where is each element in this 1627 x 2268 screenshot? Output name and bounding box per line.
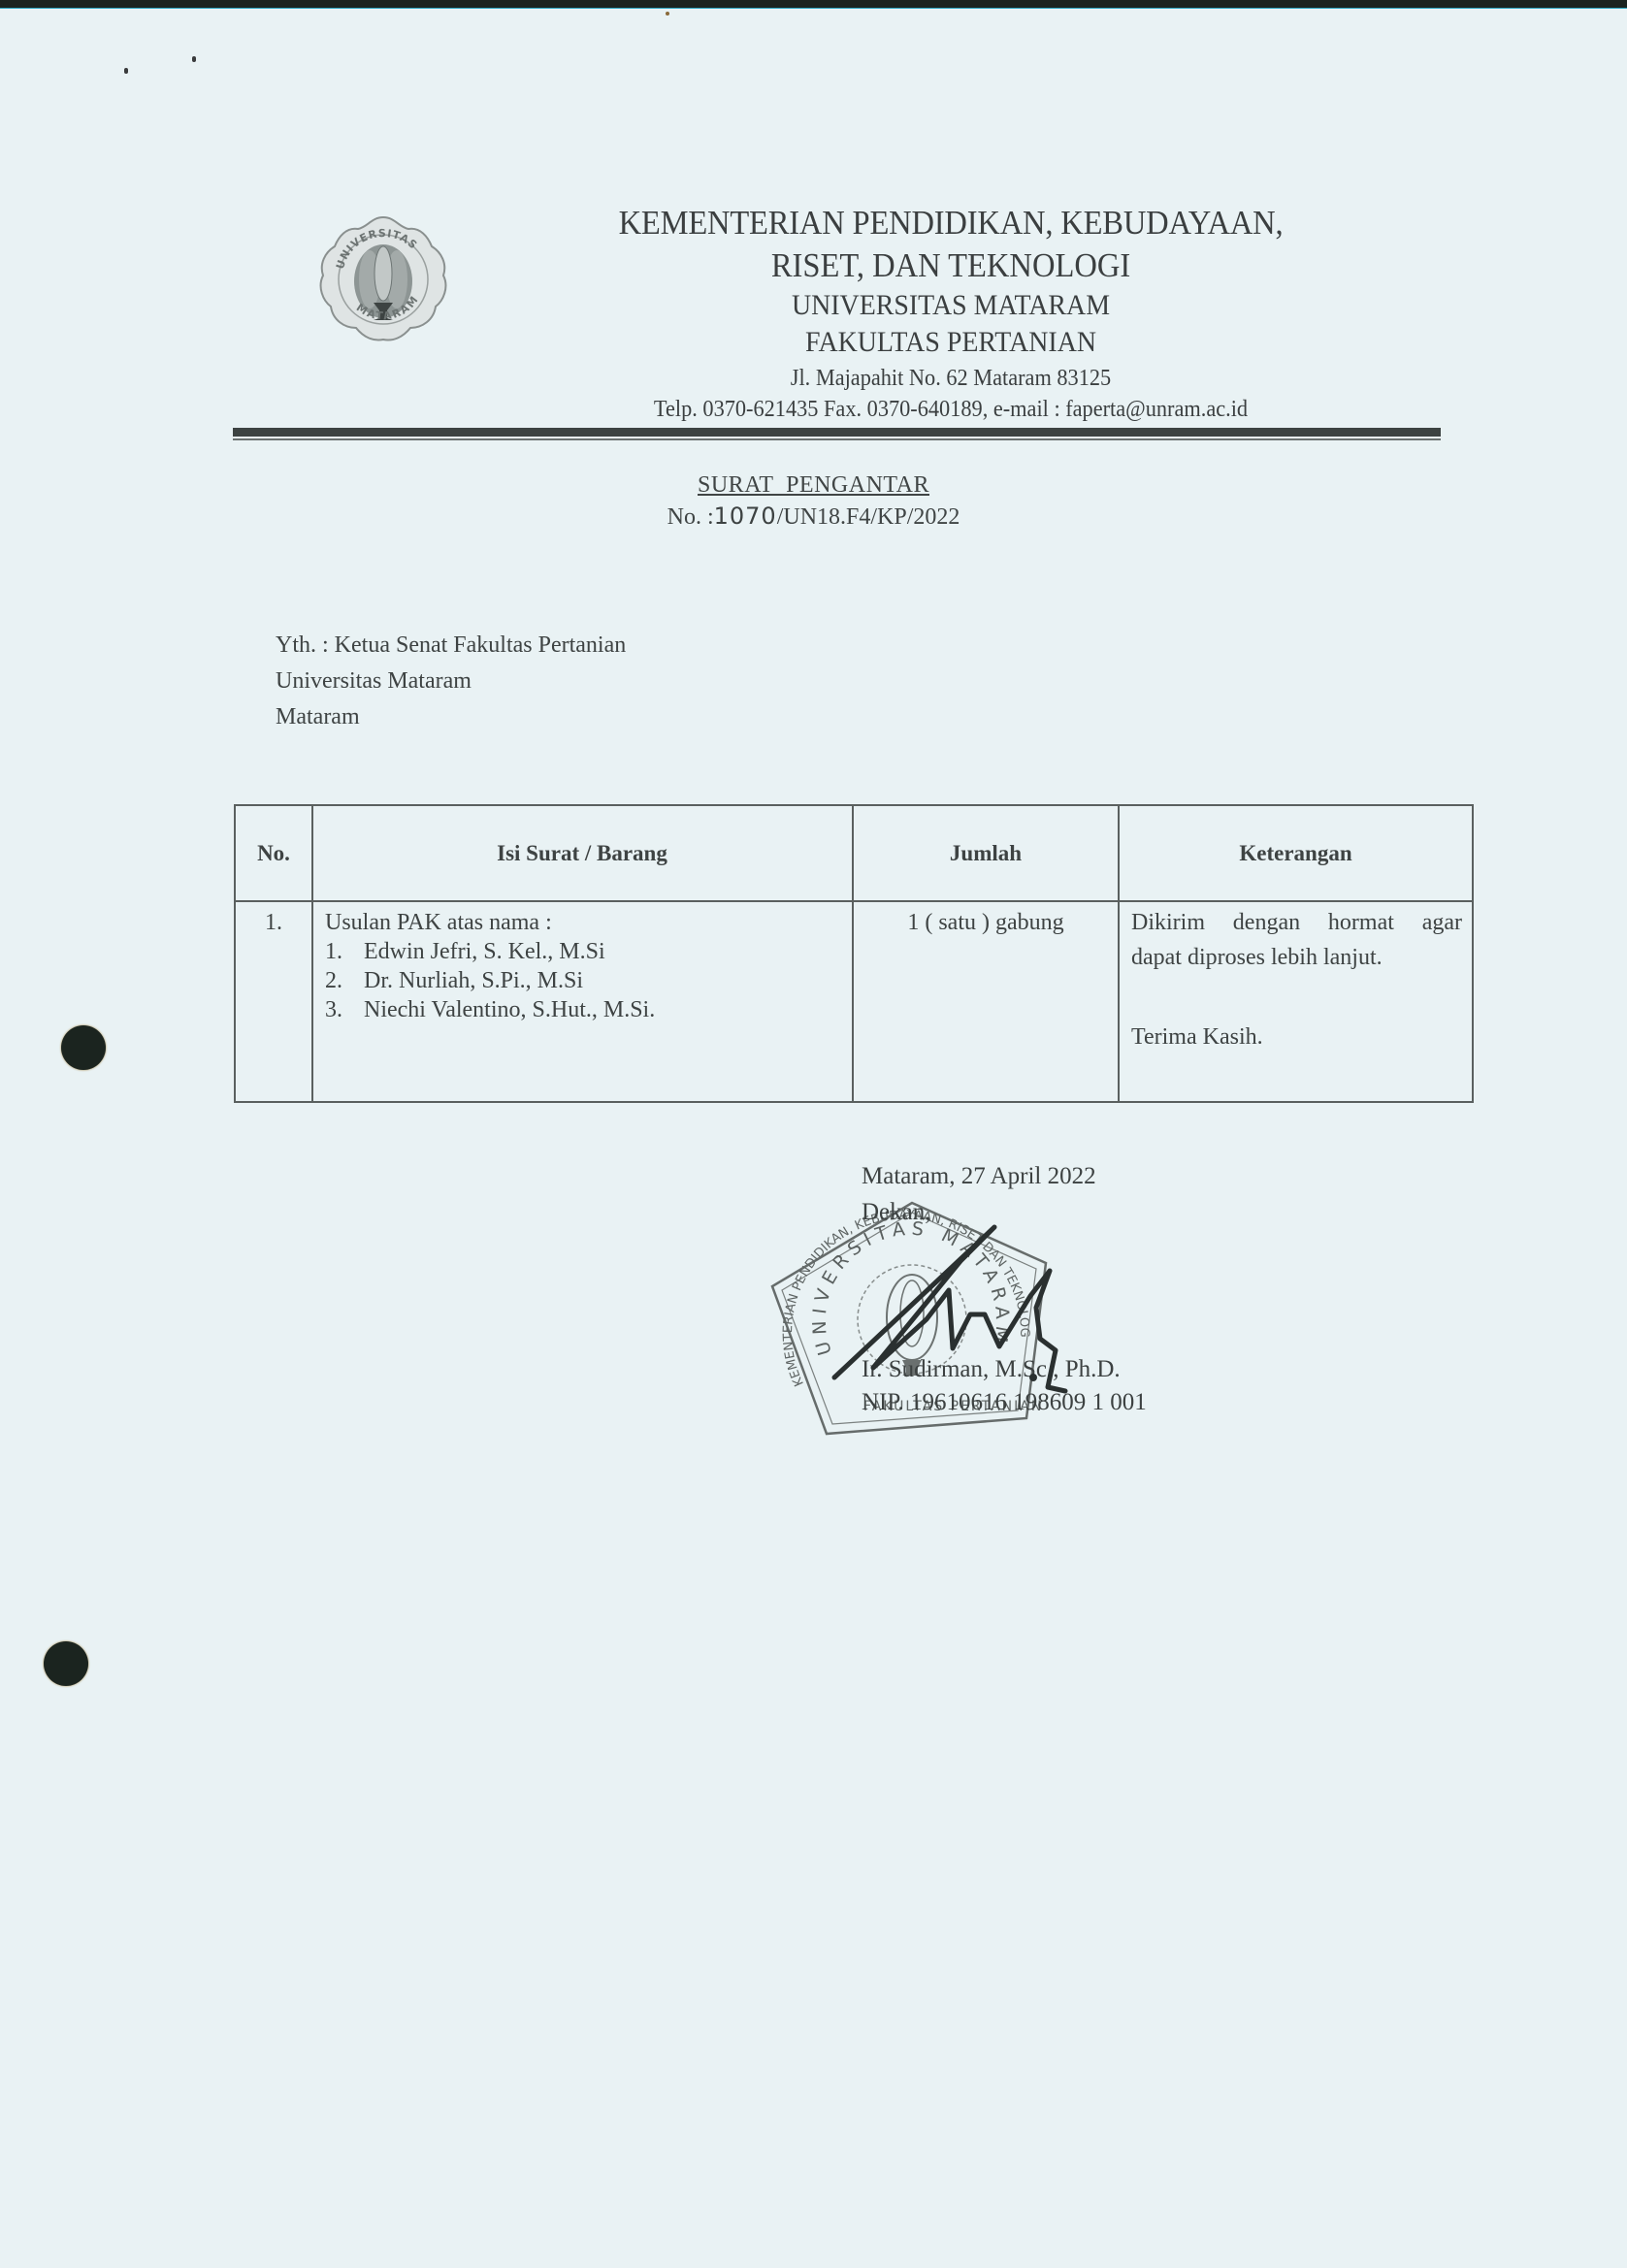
cell-jumlah: 1 ( satu ) gabung [853, 901, 1119, 1102]
column-header-jumlah: Jumlah [853, 805, 1119, 901]
letterhead-contact: Telp. 0370-621435 Fax. 0370-640189, e-ma… [500, 397, 1402, 423]
document-number-suffix: /UN18.F4/KP/2022 [777, 504, 960, 530]
handwritten-signature-icon [815, 1203, 1087, 1436]
document-title: SURAT PENGANTAR [0, 472, 1627, 499]
recipient-line: Mataram [276, 704, 360, 730]
recipient-line: Yth. : Ketua Senat Fakultas Pertanian [276, 632, 626, 659]
punch-hole [61, 1025, 106, 1070]
document-number: No. :1070/UN18.F4/KP/2022 [0, 502, 1627, 531]
paper-speck [124, 68, 128, 74]
isi-title: Usulan PAK atas nama : [325, 908, 851, 937]
column-header-keterangan: Keterangan [1119, 805, 1473, 901]
university-logo-icon: UNIVERSITAS MATARAM [315, 213, 451, 344]
table-row: 1. Usulan PAK atas nama : 1.Edwin Jefri,… [235, 901, 1473, 1102]
scan-edge [0, 0, 1627, 9]
signature-place-date: Mataram, 27 April 2022 [862, 1163, 1096, 1190]
paper-speck [666, 12, 669, 16]
column-header-isi: Isi Surat / Barang [312, 805, 853, 901]
list-item: 1.Edwin Jefri, S. Kel., M.Si [325, 937, 851, 966]
letterhead-university: UNIVERSITAS MATARAM [500, 289, 1402, 322]
keterangan-line: Dikirim dengan hormat agar [1131, 908, 1462, 937]
document-number-prefix: No. : [667, 504, 714, 530]
keterangan-closing: Terima Kasih. [1131, 1022, 1462, 1052]
letterhead-faculty: FAKULTAS PERTANIAN [500, 326, 1402, 359]
letterhead-divider-thin [233, 438, 1441, 440]
cell-no: 1. [235, 901, 312, 1102]
letter-contents-table: No. Isi Surat / Barang Jumlah Keterangan… [234, 804, 1474, 1103]
keterangan-line: dapat diproses lebih lanjut. [1131, 943, 1462, 972]
column-header-no: No. [235, 805, 312, 901]
cell-keterangan: Dikirim dengan hormat agar dapat diprose… [1119, 901, 1473, 1102]
letterhead-ministry: KEMENTERIAN PENDIDIKAN, KEBUDAYAAN, [500, 204, 1402, 243]
cell-isi: Usulan PAK atas nama : 1.Edwin Jefri, S.… [312, 901, 853, 1102]
letterhead-ministry-cont: RISET, DAN TEKNOLOGI [500, 246, 1402, 285]
punch-hole [44, 1641, 88, 1686]
list-item: 2.Dr. Nurliah, S.Pi., M.Si [325, 966, 851, 995]
table-header-row: No. Isi Surat / Barang Jumlah Keterangan [235, 805, 1473, 901]
recipient-line: Universitas Mataram [276, 668, 472, 695]
paper-speck [192, 56, 196, 62]
list-item: 3.Niechi Valentino, S.Hut., M.Si. [325, 995, 851, 1024]
letterhead-address: Jl. Majapahit No. 62 Mataram 83125 [500, 366, 1402, 392]
document-number-handwritten: 1070 [714, 502, 777, 530]
letterhead-divider [233, 428, 1441, 437]
